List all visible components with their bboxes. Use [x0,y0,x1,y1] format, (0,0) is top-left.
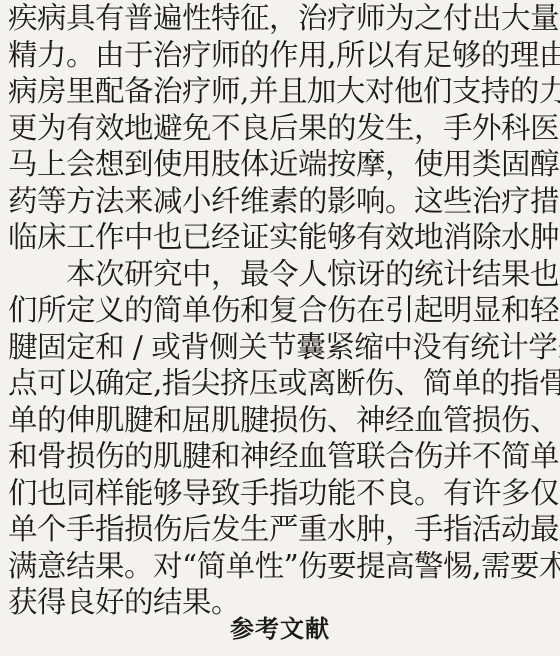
text-line: 们所定义的简单伤和复合伤在引起明显和轻度的伸肌 [8,292,552,329]
text-line: 和骨损伤的肌腱和神经血管联合伤并不简单，因为它 [8,438,552,475]
text-line: 们也同样能够导致手指功能不良。有许多仅仅局限于 [8,475,552,512]
text-line: 疾病具有普遍性特征，治疗师为之付出大量的时间和 [8,0,552,37]
text-line: 更为有效地避免不良后果的发生，手外科医生在术后 [8,110,552,147]
text-line: 临床工作中也已经证实能够有效地消除水肿。 [8,219,552,256]
text-line: 腱固定和 / 或背侧关节囊紧缩中没有统计学差别。这 [8,329,552,366]
text-line: 单的伸肌腱和屈肌腱损伤、神经血管损伤、不合并皮肤 [8,402,552,439]
text-line: 本次研究中，最令人惊讶的统计结果也许就是我 [8,256,552,293]
text-line: 满意结果。对“简单性”伤要提高警惕,需要术后治疗以 [8,548,552,585]
references-heading: 参考文献 [0,612,560,646]
paragraph-edema-treatment: 疾病具有普遍性特征，治疗师为之付出大量的时间和 精力。由于治疗师的作用,所以有足… [8,0,552,256]
text-line: 精力。由于治疗师的作用,所以有足够的理由要求手科 [8,37,552,74]
text-line: 点可以确定,指尖挤压或离断伤、简单的指骨骨折、简 [8,365,552,402]
text-line: 单个手指损伤后发生严重水肿，手指活动最终产生不 [8,511,552,548]
paragraph-study-results: 本次研究中，最令人惊讶的统计结果也许就是我 们所定义的简单伤和复合伤在引起明显和… [8,256,552,621]
document-page: 疾病具有普遍性特征，治疗师为之付出大量的时间和 精力。由于治疗师的作用,所以有足… [8,0,552,621]
text-line: 病房里配备治疗师,并且加大对他们支持的力度。为了 [8,73,552,110]
text-line: 药等方法来减小纤维素的影响。这些治疗措施在其他 [8,183,552,220]
text-line: 马上会想到使用肢体近端按摩，使用类固醇或局部用 [8,146,552,183]
